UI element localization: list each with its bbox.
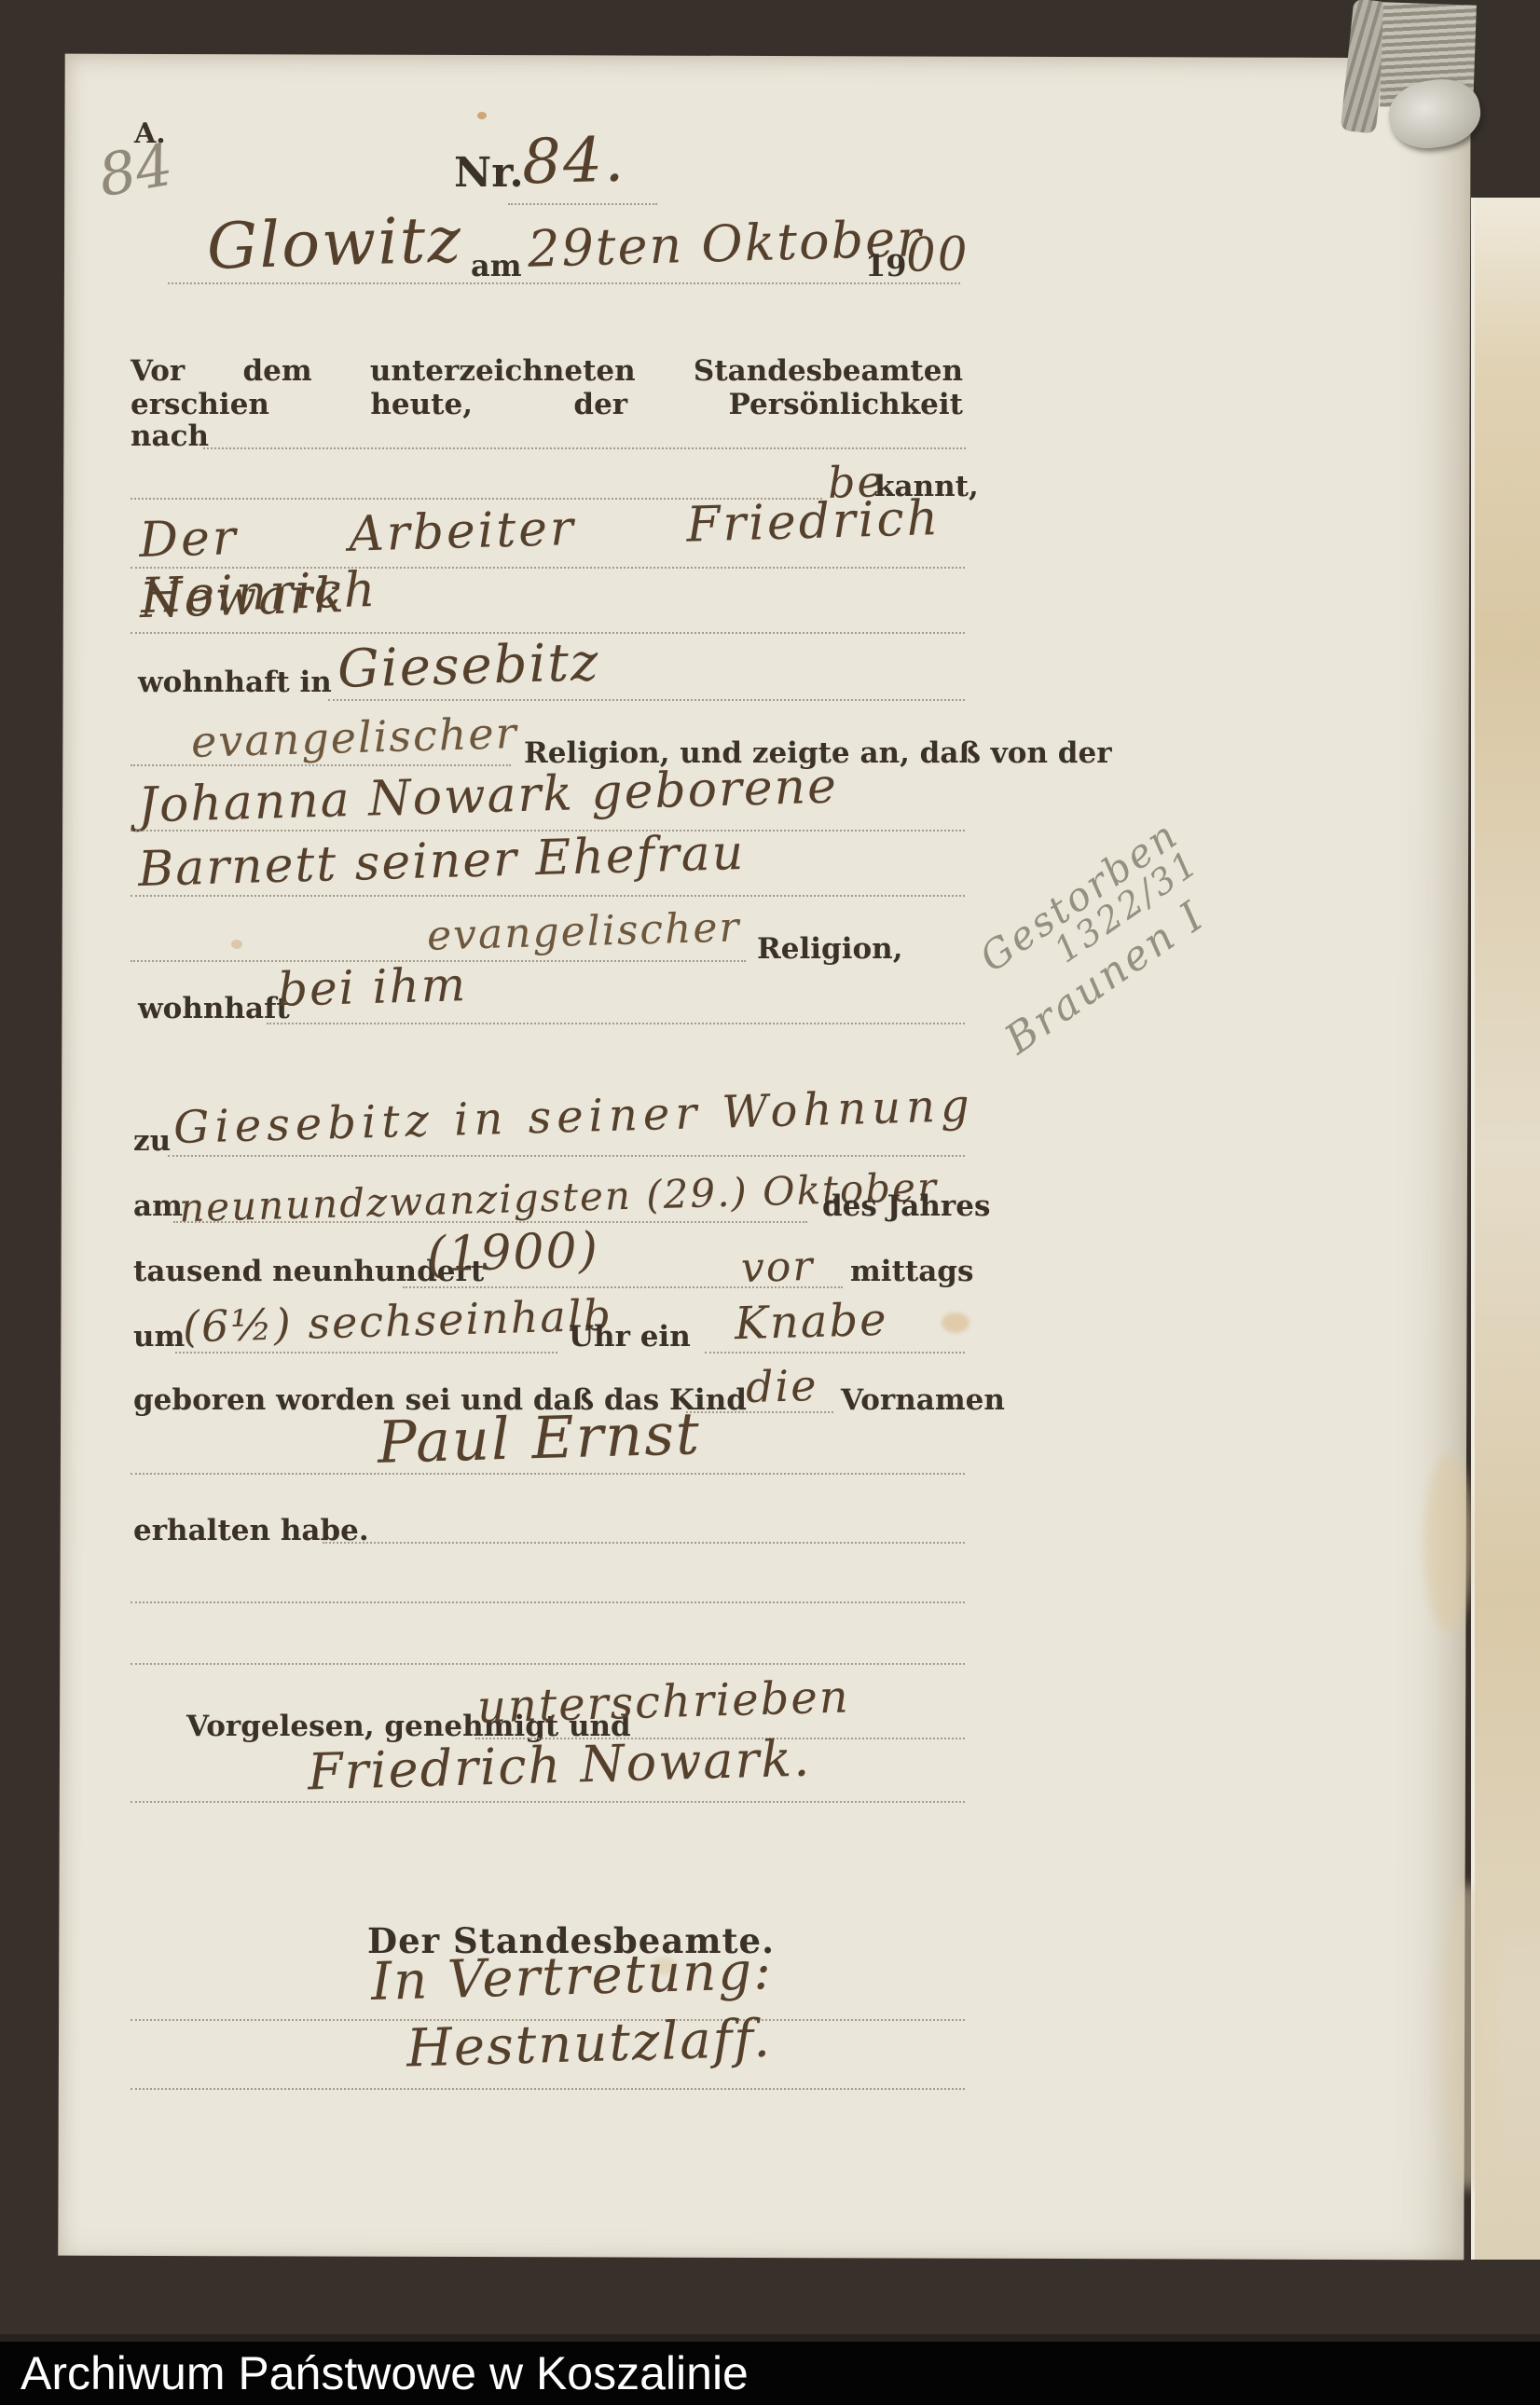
registrar-signature: Hestnutzlaff. — [406, 2009, 773, 2080]
religion1-value: evangelischer — [190, 708, 518, 767]
ruled-dotted-line — [131, 567, 965, 569]
printed-year-prefix: 19 — [865, 248, 907, 283]
printed-nach: nach — [131, 419, 209, 453]
ruled-dotted-line — [175, 1352, 557, 1354]
unterschrieben-value: unterschrieben — [476, 1670, 850, 1733]
ruled-dotted-line — [323, 1542, 965, 1544]
printed-uhr-ein: Uhr ein — [569, 1320, 691, 1354]
date-value: 29ten Oktober — [527, 209, 923, 279]
ruled-dotted-line — [131, 764, 511, 766]
ruled-dotted-line — [131, 1663, 965, 1665]
corner-number-pencil: 84 — [93, 131, 177, 211]
ruled-dotted-line — [267, 1023, 965, 1024]
ruled-dotted-line — [131, 1473, 965, 1475]
sex-value: Knabe — [734, 1294, 888, 1351]
ruled-dotted-line — [328, 699, 965, 701]
record-no-value: 84. — [521, 123, 626, 198]
child-name-value: Paul Ernst — [377, 1399, 702, 1477]
ruled-dotted-line — [203, 447, 966, 449]
year2-value: (1900) — [426, 1222, 600, 1283]
printed-am: am — [471, 248, 522, 283]
ruled-dotted-line — [131, 2088, 965, 2090]
scan-background: A. 84 Nr. 84. Glowitz am 29ten Oktober 1… — [0, 0, 1540, 2405]
intro-clause: Vor dem unterzeichneten Standesbeamten e… — [131, 354, 963, 421]
printed-wohnhaft-in: wohnhaft in — [138, 666, 332, 699]
ruled-dotted-line — [168, 1155, 965, 1157]
adjacent-page-edge — [1471, 198, 1540, 2260]
printed-vornamen: Vornamen — [841, 1383, 1005, 1417]
residence2-value: bei ihm — [277, 957, 468, 1017]
printed-am2: am — [133, 1189, 183, 1223]
ruled-dotted-line — [168, 282, 960, 284]
residence-value: Giesebitz — [337, 632, 600, 700]
die-value: die — [745, 1360, 818, 1412]
ruled-dotted-line — [131, 1601, 965, 1603]
ruled-dotted-line — [131, 1801, 965, 1803]
registrar-deputy-line: In Vertretung: — [370, 1941, 774, 2013]
vor-value: vor — [740, 1243, 815, 1292]
ruled-dotted-line — [131, 895, 965, 897]
year-suffix-value: 00 — [905, 227, 969, 282]
printed-mittags: mittags — [850, 1255, 973, 1288]
printed-religion2: Religion, — [757, 932, 903, 966]
archive-caption-text: Archiwum Państwowe w Koszalinie — [21, 2346, 749, 2400]
ruled-dotted-line — [686, 1411, 833, 1413]
ruled-dotted-line — [705, 1352, 965, 1354]
archive-caption-bar: Archiwum Państwowe w Koszalinie — [0, 2334, 1540, 2405]
printed-zu: zu — [133, 1124, 171, 1158]
religion2-value: evangelischer — [426, 903, 741, 959]
printed-um: um — [133, 1320, 185, 1354]
ruled-dotted-line — [173, 1221, 807, 1223]
declarant-name-line2: Nowark — [139, 568, 346, 629]
ruled-dotted-line — [403, 1286, 843, 1288]
ruled-dotted-line — [508, 203, 657, 205]
record-no-label: Nr. — [454, 149, 524, 197]
printed-des-jahres: des Jahres — [822, 1189, 990, 1223]
printed-wohnhaft2: wohnhaft — [138, 992, 290, 1025]
place-value: Glowitz — [206, 203, 463, 284]
